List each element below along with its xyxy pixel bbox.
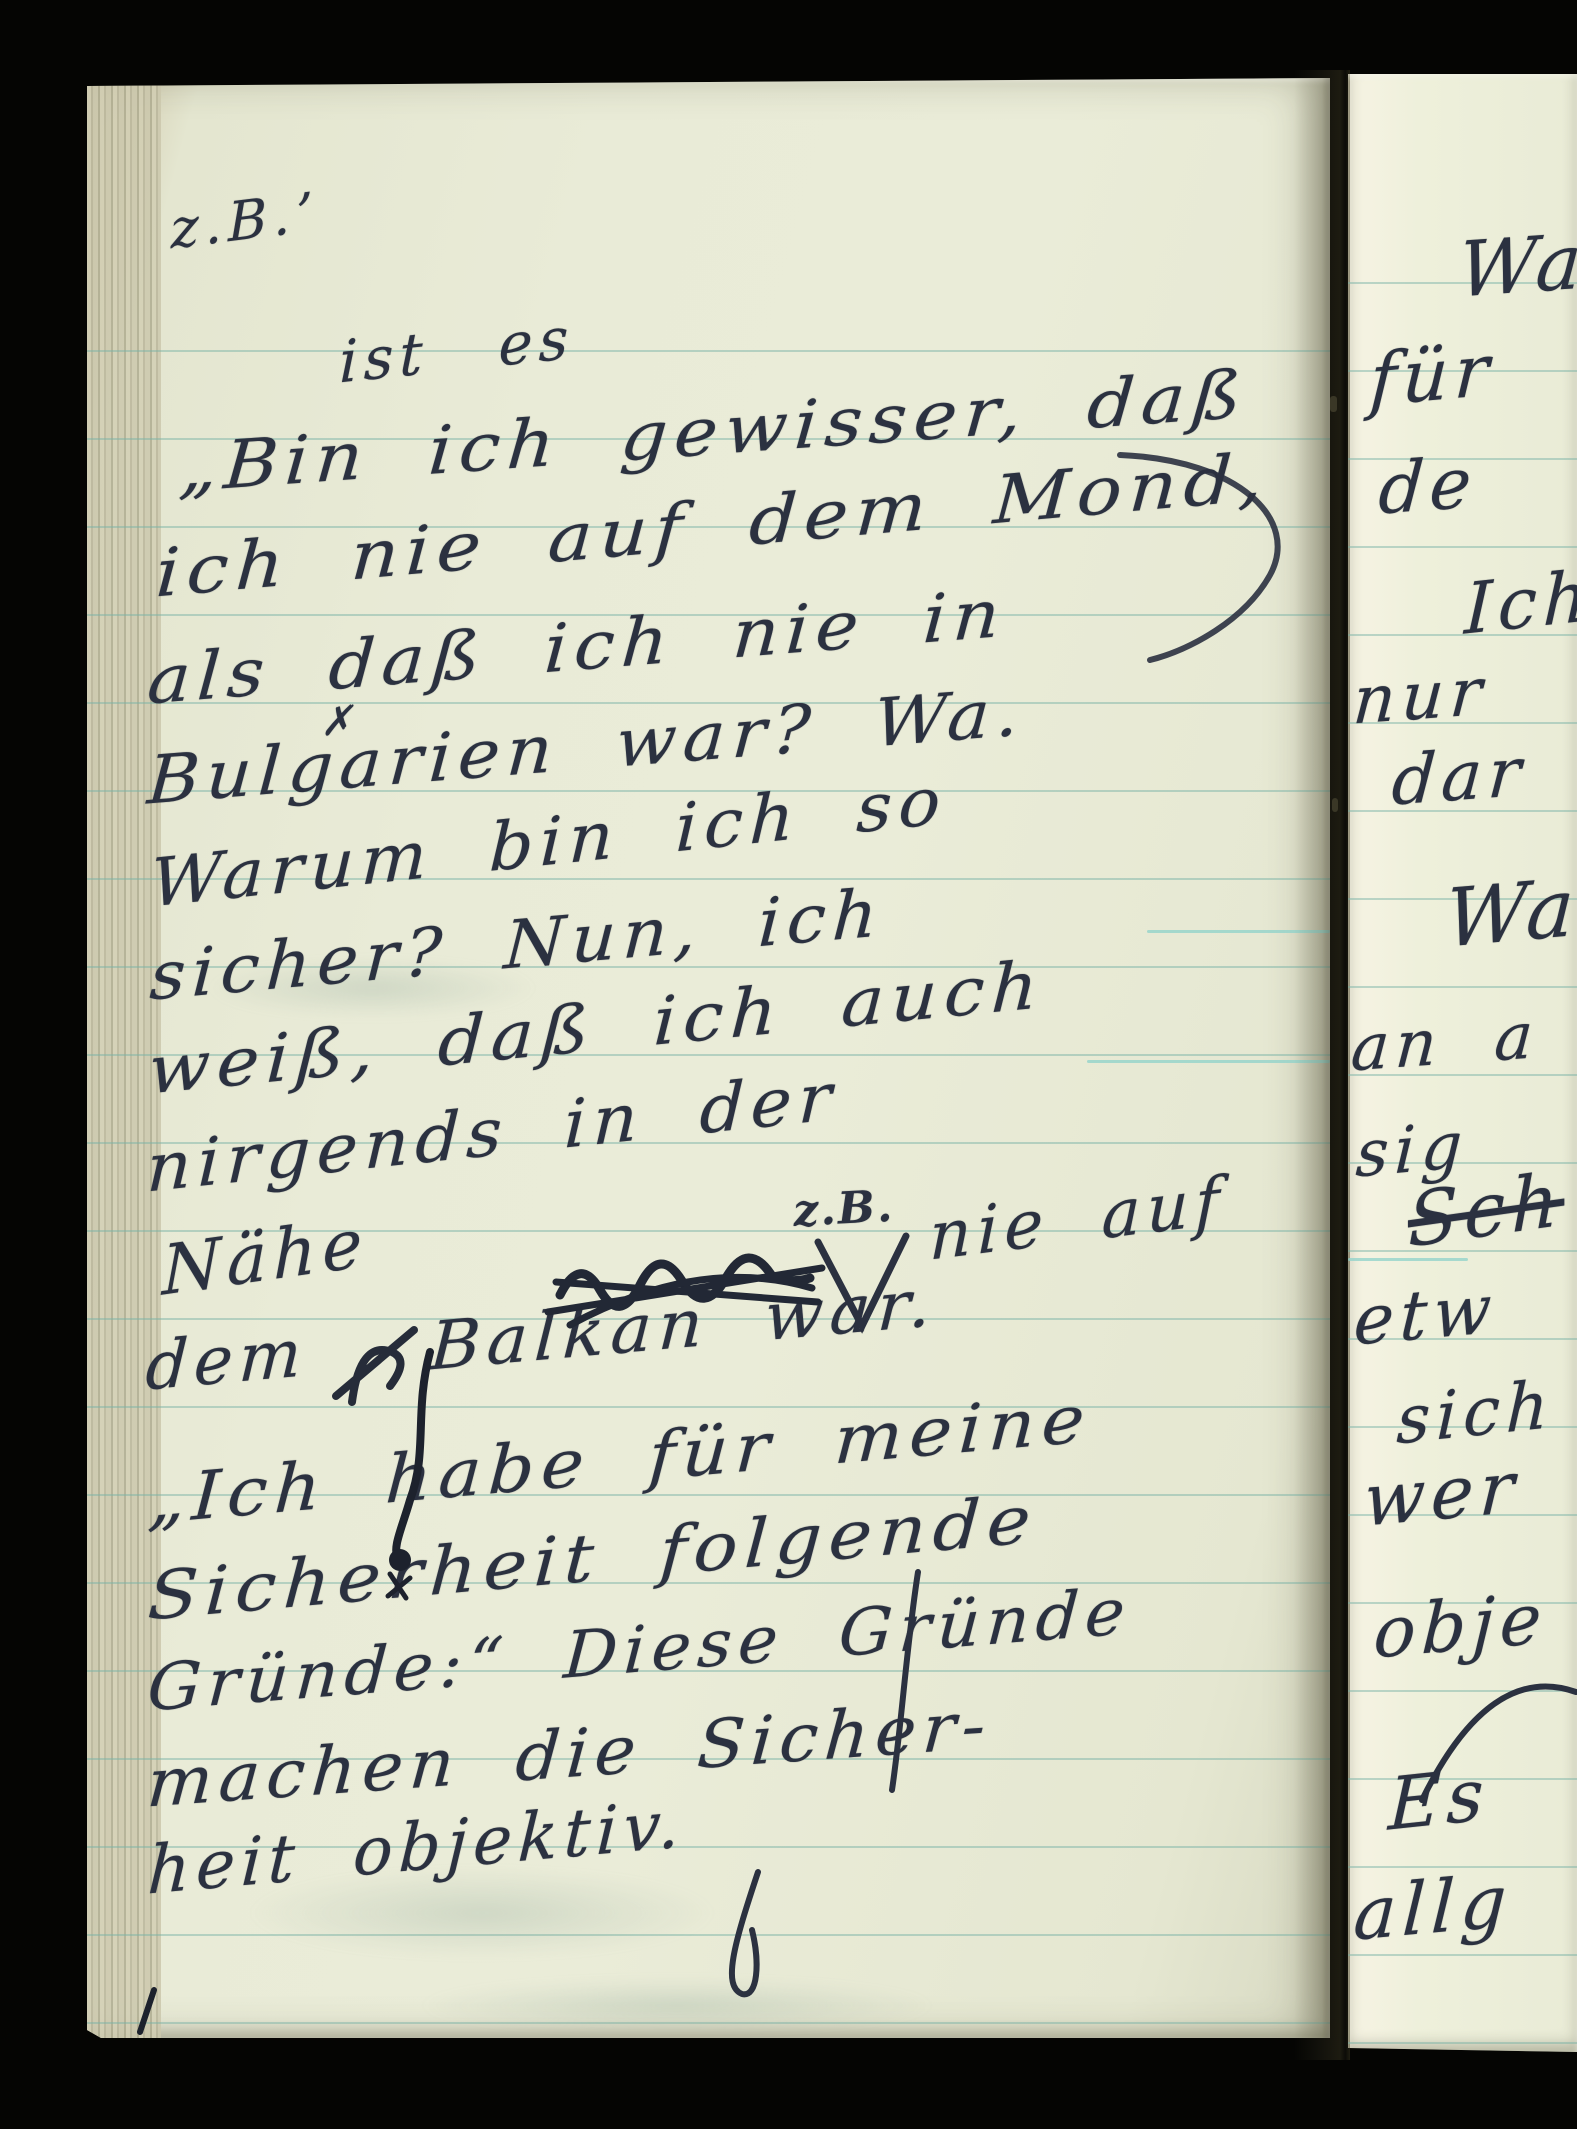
fragment-dar: dar	[1389, 733, 1529, 822]
fragment-allg: allg	[1352, 1858, 1515, 1957]
scanned-notebook-spread: z.B.’ ist es „Bin ich gewisser, daß ich …	[0, 0, 1577, 2129]
fragment-etw: etw	[1352, 1269, 1499, 1361]
binding-gutter-shadow	[1294, 70, 1350, 2060]
ink-bleedthrough-ghost	[417, 1978, 937, 2033]
fragment-wa-2: Wa	[1443, 860, 1577, 966]
fragment-de: de	[1376, 441, 1480, 530]
fragment-ich: Ich	[1463, 554, 1577, 650]
fragment-an-a: an a	[1349, 999, 1542, 1087]
fragment-wa-1: Wa	[1456, 216, 1577, 315]
fragment-es: Es	[1387, 1751, 1491, 1846]
caret-mark: ✗	[318, 697, 361, 746]
fragment-fuer: für	[1368, 327, 1497, 423]
handwriting-line-dem: dem	[144, 1314, 309, 1406]
insertion-text-zb: z.B.	[792, 1181, 895, 1237]
fragment-obje: obje	[1372, 1577, 1550, 1675]
fragment-nur: nur	[1351, 653, 1491, 740]
fragment-wer: wer	[1362, 1444, 1522, 1542]
